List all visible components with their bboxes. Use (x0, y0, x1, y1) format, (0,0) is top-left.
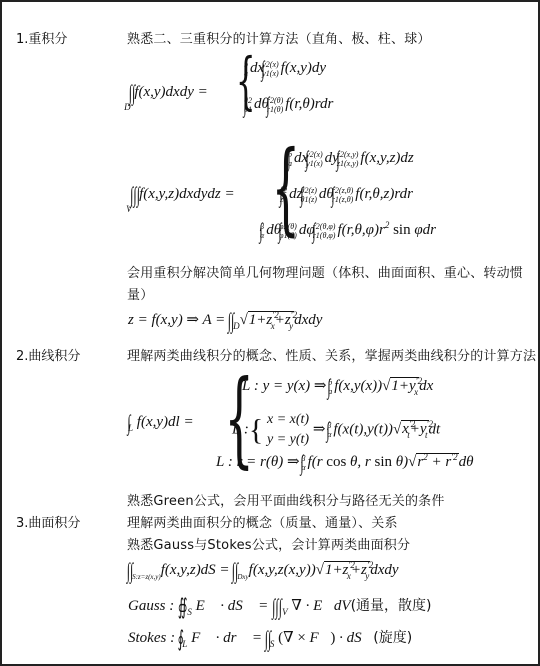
formula-triple-case-spherical: ∫βαdθ∫φ2(θ)φ1(θ)dφ∫r2(θ,φ)r1(θ,φ)f(r,θ,φ… (262, 218, 436, 244)
section-text: 熟悉Gauss与Stokes公式，会计算两类曲面积分 (127, 534, 410, 553)
formula-line-case-polar: L : r = r(θ) ⇒ ∫βαf(r cos θ, r sin θ)√r2… (216, 450, 474, 476)
formula-line-case-explicit: L : y = y(x) ⇒ ∫baf(x,y(x))√1+y'2xdx (242, 374, 433, 400)
formula-stokes: Stokes : ∮L F⃗ · dr⃗ = ∫∫S (∇ × F⃗) · dS… (128, 626, 412, 652)
formula-triple-case-cartesian: ∫badx∫y2(x)y1(x)dy∫z2(x,y)z1(x,y)f(x,y,z… (290, 146, 414, 172)
section-label-multiple-integrals: 1.重积分 (16, 28, 67, 47)
section-text: 量） (127, 284, 153, 303)
stokes-note: (旋度) (373, 630, 412, 646)
formula-double-case-cartesian: ∫badx∫y2(x)y1(x)f(x,y)dy (246, 56, 326, 82)
formula-triple-case-cylindrical: ∫z2z1dz∫θ2(z)θ1(z)dθ∫r2(z,θ)r1(z,θ)f(r,θ… (282, 182, 413, 208)
section-text: 会用重积分解决简单几何物理问题（体积、曲面面积、重心、转动惯 (127, 262, 523, 281)
formula-double-integral-lhs: ∫∫D f(x,y)dxdy = (130, 80, 208, 112)
gauss-note: (通量，散度) (351, 598, 432, 614)
section-text: 熟悉Green公式，会用平面曲线积分与路径无关的条件 (127, 490, 445, 509)
formula-surface-area: z = f(x,y) ⇒ A = ∫∫D√1+z'2x+z'2ydxdy (128, 308, 322, 334)
section-text: 熟悉二、三重积分的计算方法（直角、极、柱、球） (127, 28, 431, 47)
formula-line-integral-lhs: ∫L f(x,y)dl = (130, 410, 194, 436)
param-x: x = x(t) (267, 410, 309, 430)
section-label-line-integrals: 2.曲线积分 (16, 345, 80, 364)
formula-surface-integral: ∫∫S:z=z(x,y)f(x,y,z)dS = ∫∫Dxyf(x,y,z(x,… (128, 558, 399, 584)
section-text: 理解两类曲面积分的概念（质量、通量）、关系 (127, 512, 398, 531)
section-label-surface-integrals: 3.曲面积分 (16, 512, 80, 531)
formula-double-case-polar: ∫θ2θ1dθ∫r2(θ)r1(θ)f(r,θ)rdr (246, 92, 333, 118)
formula-triple-integral-lhs: ∫∫∫V f(x,y,z)dxdydz = (130, 182, 235, 214)
param-y: y = y(t) (267, 430, 309, 450)
section-text: 理解两类曲线积分的概念、性质、关系，掌握两类曲线积分的计算方法 (127, 345, 536, 364)
formula-gauss: Gauss : ∯S E⃗ · dS⃗ = ∫∫∫V ∇ · E⃗dV(通量，散… (128, 594, 432, 620)
formula-line-case-parametric: L :{ x = x(t)y = y(t) ⇒ ∫βαf(x(t),y(t))√… (232, 410, 440, 450)
